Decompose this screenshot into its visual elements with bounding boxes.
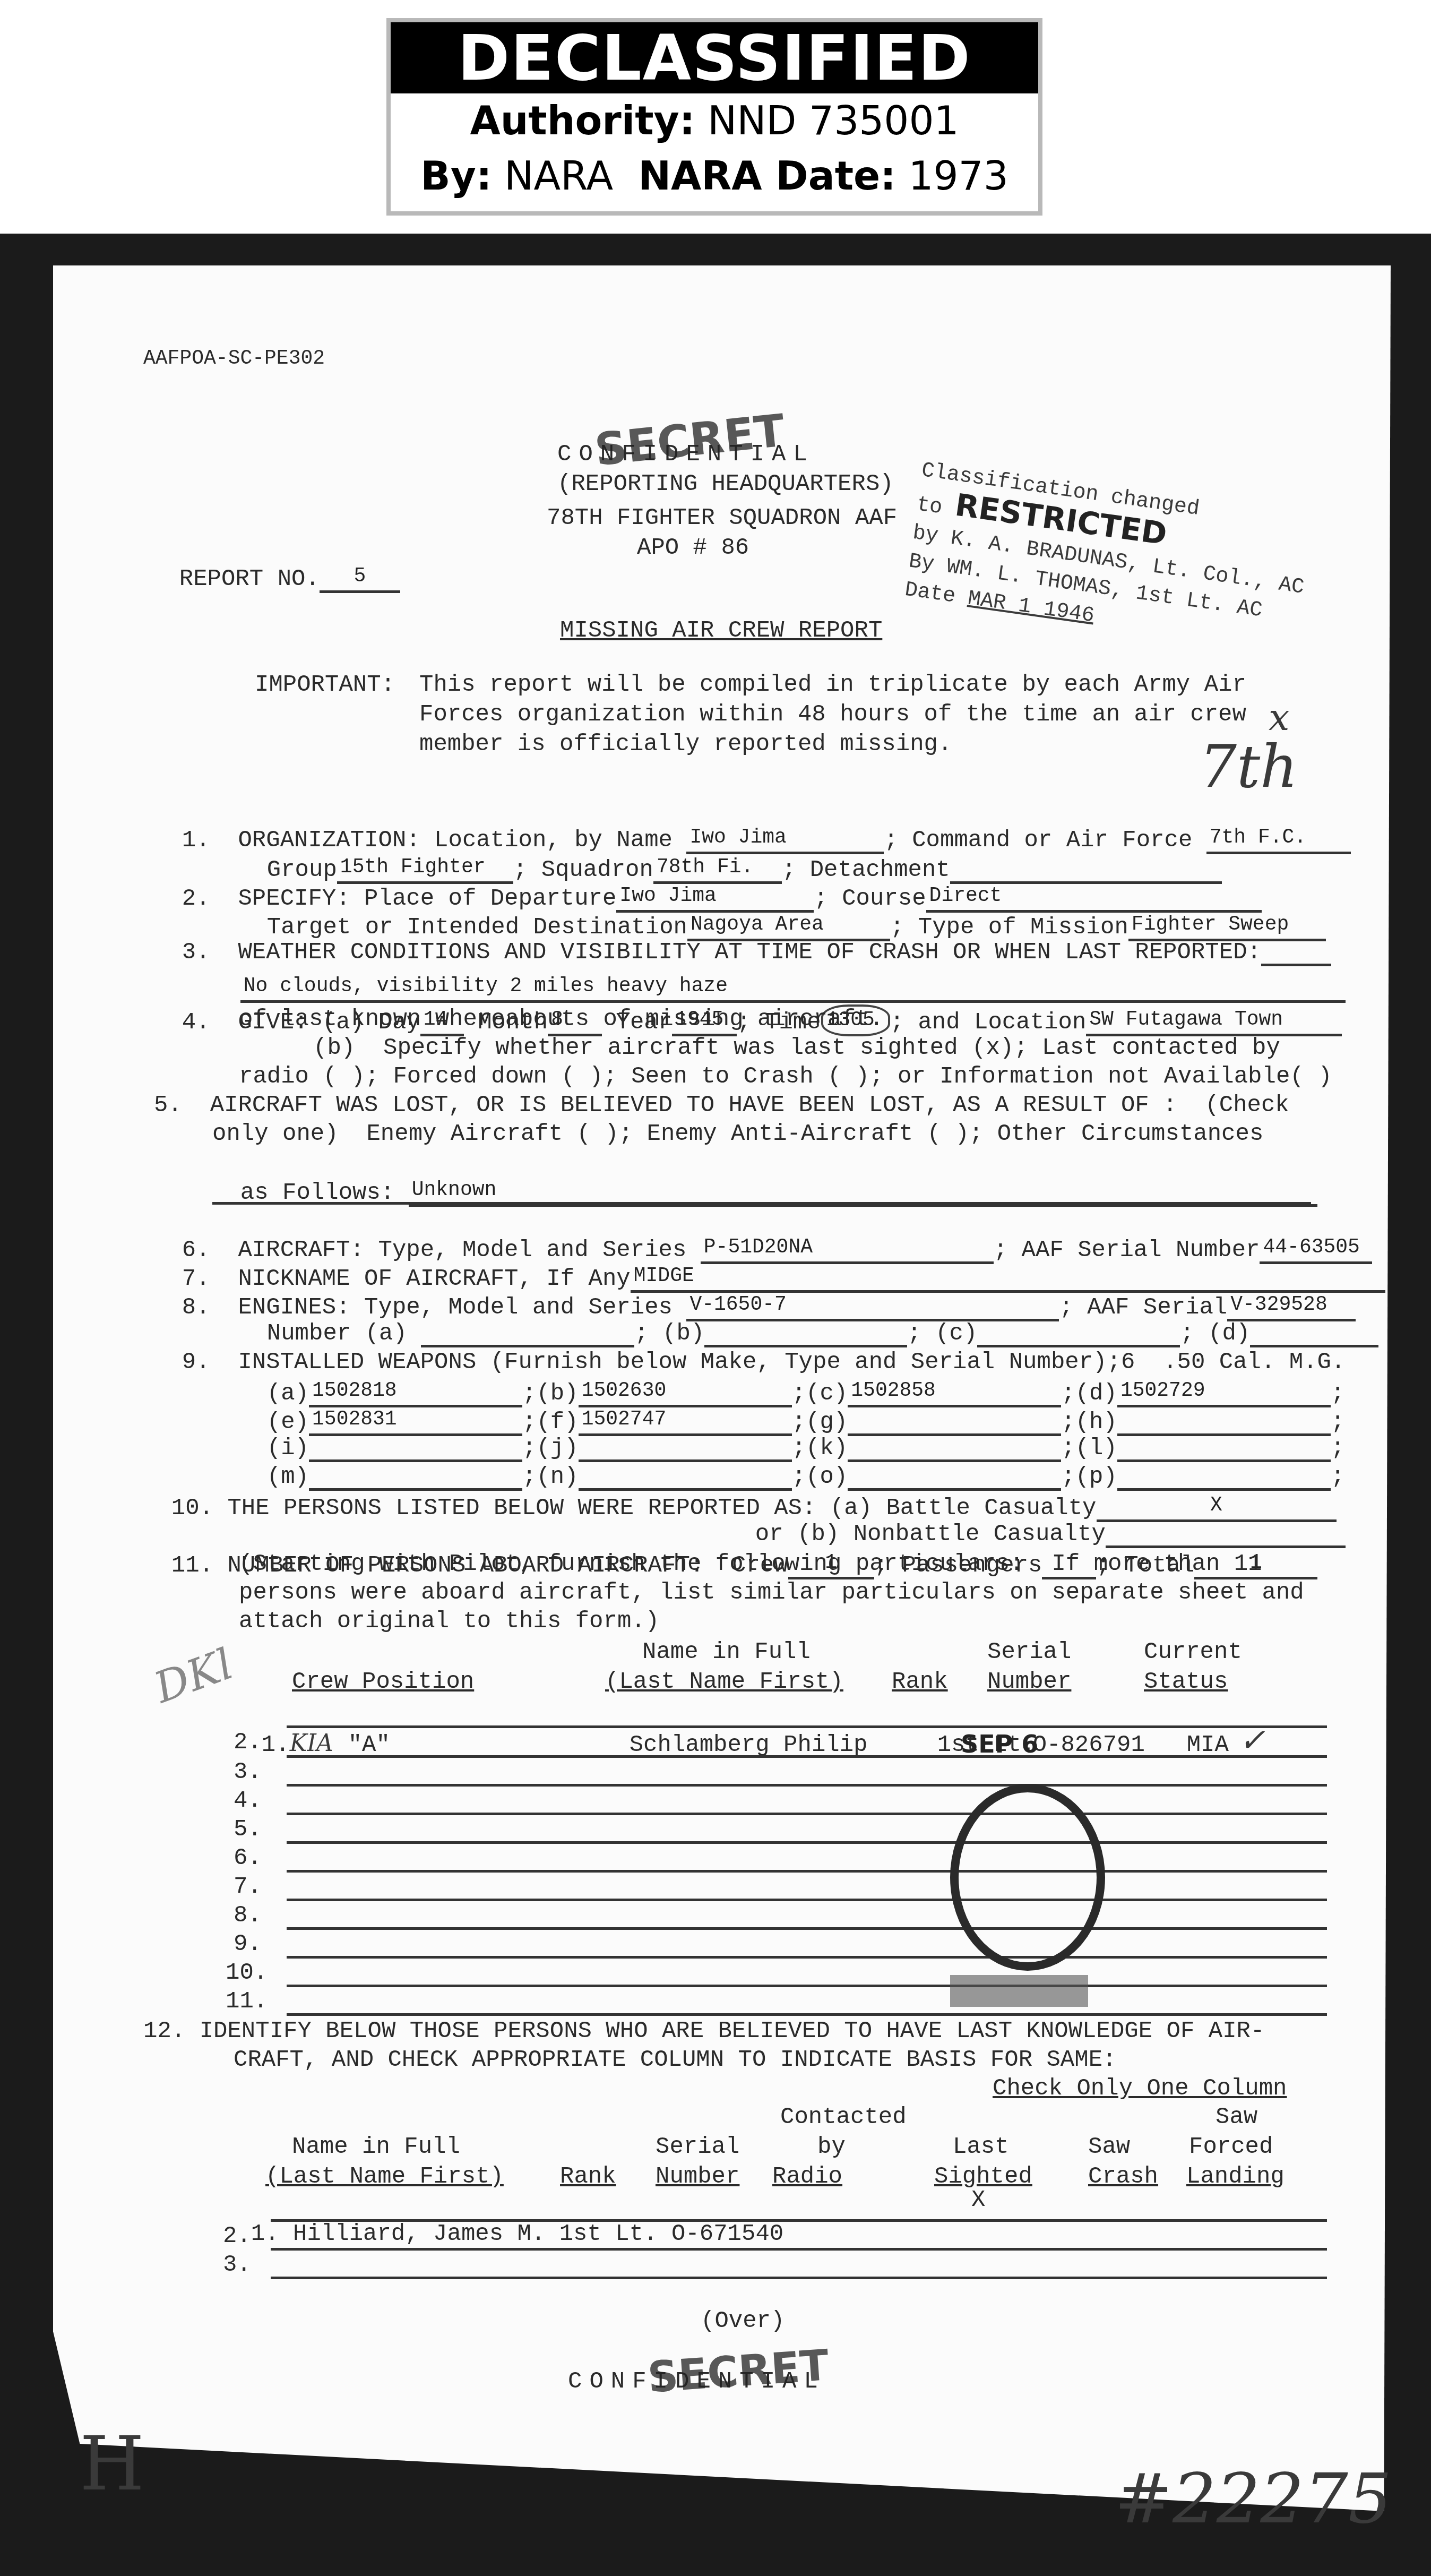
- authority-line: Authority: NND 735001: [391, 93, 1038, 149]
- crew-row-5[interactable]: 5.: [234, 1816, 262, 1843]
- knowledge-row-line: [271, 2277, 1327, 2279]
- crew-col-serial-top: Serial: [987, 1638, 1071, 1666]
- apo-number: APO # 86: [637, 534, 749, 562]
- knowledge-col-name-top: Name in Full: [292, 2133, 460, 2161]
- file-code: AAFPOA-SC-PE302: [143, 345, 325, 373]
- declassified-stamp: DECLASSIFIED Authority: NND 735001 By: N…: [386, 18, 1042, 216]
- knowledge-serial-cell: O-671540: [671, 2221, 783, 2247]
- knowledge-col-crash-bottom: Crash: [1088, 2163, 1158, 2191]
- crew-row-line: [287, 1784, 1327, 1787]
- divider: [212, 1202, 1311, 1205]
- crew-row-4[interactable]: 4.: [234, 1787, 262, 1815]
- crew-row-line: [287, 2013, 1327, 2016]
- knowledge-sighted-check[interactable]: X: [971, 2186, 985, 2214]
- crew-row-10[interactable]: 10.: [226, 1959, 268, 1987]
- handwritten-letter: H: [80, 2421, 144, 2508]
- crew-col-rank: Rank: [892, 1668, 948, 1696]
- section-12-line-2: CRAFT, AND CHECK APPROPRIATE COLUMN TO I…: [234, 2046, 1116, 2074]
- crew-col-position: Crew Position: [292, 1668, 474, 1696]
- crew-row-line: [287, 1870, 1327, 1873]
- section-4-b-line-1: (b) Specify whether aircraft was last si…: [313, 1034, 1280, 1062]
- authority-value: NND 735001: [708, 98, 959, 144]
- handwritten-file-number: #22275: [1115, 2458, 1392, 2539]
- important-line-2: Forces organization within 48 hours of t…: [419, 701, 1246, 728]
- important-label: IMPORTANT:: [255, 671, 395, 699]
- stamp-smudge: [950, 1975, 1088, 2007]
- crew-row-line: [287, 1899, 1327, 1901]
- date-value: 1973: [908, 153, 1008, 199]
- crew-status-cell: MIA: [1187, 1732, 1229, 1758]
- crew-row-line: [287, 1841, 1327, 1844]
- important-line-3: member is officially reported missing.: [419, 731, 952, 758]
- authority-label: Authority:: [470, 98, 695, 144]
- knowledge-row-3[interactable]: 3.: [223, 2251, 251, 2279]
- crew-col-status-top: Current: [1144, 1638, 1242, 1666]
- crew-row-line: [287, 1755, 1327, 1758]
- crew-row-3[interactable]: 3.: [234, 1758, 262, 1786]
- knowledge-row-line: [271, 2248, 1327, 2251]
- handwritten-margin-note: 7th: [1200, 733, 1298, 801]
- knowledge-col-radio-mid: by: [817, 2133, 846, 2161]
- section-5-line-3: as Follows: Unknown: [212, 1149, 1317, 1207]
- crew-col-name-bottom: (Last Name First): [605, 1668, 843, 1696]
- date-label: NARA Date:: [638, 153, 896, 199]
- check-only-one-note: Check Only One Column: [993, 2075, 1287, 2102]
- crew-row-line: [287, 1813, 1327, 1815]
- knowledge-col-crash-top: Saw: [1088, 2133, 1130, 2161]
- crash-location-field[interactable]: SW Futagawa Town: [1086, 1006, 1342, 1036]
- crew-row-line: [287, 1985, 1327, 1987]
- crew-row-1[interactable]: 1.KIA"A"Schlamberg Philip1st Lt.O-826791…: [234, 1699, 1265, 1759]
- section-12-line-1: 12. IDENTIFY BELOW THOSE PERSONS WHO ARE…: [143, 2017, 1264, 2045]
- crew-row-line: [287, 1725, 1327, 1728]
- knowledge-col-serial-top: Serial: [656, 2133, 739, 2161]
- report-no-field[interactable]: 5: [320, 563, 400, 593]
- section-4-row-2: of last known whereabouts of missing air…: [239, 1006, 884, 1033]
- by-line: By: NARA NARA Date: 1973: [391, 149, 1038, 204]
- crew-row-line: [287, 1927, 1327, 1930]
- round-receipt-stamp: [950, 1784, 1105, 1971]
- knowledge-row-line: [271, 2219, 1327, 2222]
- knowledge-name-cell: Hilliard, James M.: [293, 2221, 545, 2247]
- section-5-line-1: 5. AIRCRAFT WAS LOST, OR IS BELIEVED TO …: [154, 1092, 1289, 1119]
- knowledge-rank-cell: 1st Lt.: [559, 2221, 658, 2247]
- crew-row-2[interactable]: 2.: [234, 1729, 262, 1756]
- by-label: By:: [420, 153, 492, 199]
- by-value: NARA: [504, 153, 613, 199]
- crew-row-line: [287, 1956, 1327, 1959]
- knowledge-col-rank: Rank: [560, 2163, 616, 2191]
- command-field[interactable]: 7th F.C.: [1206, 824, 1351, 854]
- knowledge-row-2[interactable]: 2.: [223, 2222, 251, 2250]
- section-5-line-2: only one) Enemy Aircraft ( ); Enemy Anti…: [212, 1120, 1263, 1148]
- knowledge-col-forced-top: Saw: [1216, 2103, 1257, 2131]
- report-no-label: REPORT NO.: [179, 566, 320, 593]
- section-11-note-2: persons were aboard aircraft, list simil…: [239, 1579, 1304, 1607]
- important-line-1: This report will be compiled in triplica…: [419, 671, 1246, 699]
- received-date-stamp: SEP 6: [961, 1730, 1038, 1758]
- crew-col-name-top: Name in Full: [642, 1638, 811, 1666]
- crew-row-8[interactable]: 8.: [234, 1902, 262, 1929]
- knowledge-col-forced-mid: Forced: [1189, 2133, 1273, 2161]
- section-11-note-1: (Starting with Pilot, furnish the follow…: [239, 1550, 1262, 1578]
- section-11-note-3: attach original to this form.): [239, 1608, 659, 1635]
- crew-col-serial-bottom: Number: [987, 1668, 1071, 1696]
- section-4-b-line-2: radio ( ); Forced down ( ); Seen to Cras…: [239, 1063, 1332, 1090]
- crew-row-6[interactable]: 6.: [234, 1844, 262, 1872]
- form-title: MISSING AIR CREW REPORT: [560, 617, 882, 645]
- reporting-hq-label: (REPORTING HEADQUARTERS): [557, 470, 894, 498]
- knowledge-col-radio-top: Contacted: [780, 2103, 907, 2131]
- declassified-title: DECLASSIFIED: [391, 22, 1038, 93]
- knowledge-col-name-bottom: (Last Name First): [265, 2163, 504, 2191]
- knowledge-col-serial-bottom: Number: [656, 2163, 739, 2191]
- knowledge-col-forced-bottom: Landing: [1186, 2163, 1285, 2191]
- crew-row-11[interactable]: 11.: [226, 1988, 268, 2015]
- unit-name: 78TH FIGHTER SQUADRON AAF: [547, 504, 897, 532]
- knowledge-col-radio-bottom: Radio: [772, 2163, 842, 2191]
- crew-col-status-bottom: Status: [1144, 1668, 1228, 1696]
- crew-row-7[interactable]: 7.: [234, 1873, 262, 1901]
- report-no: REPORT NO.5: [151, 535, 400, 593]
- over-note: (Over): [701, 2307, 785, 2335]
- crew-row-9[interactable]: 9.: [234, 1930, 262, 1958]
- knowledge-col-sighted-top: Last: [953, 2133, 1009, 2161]
